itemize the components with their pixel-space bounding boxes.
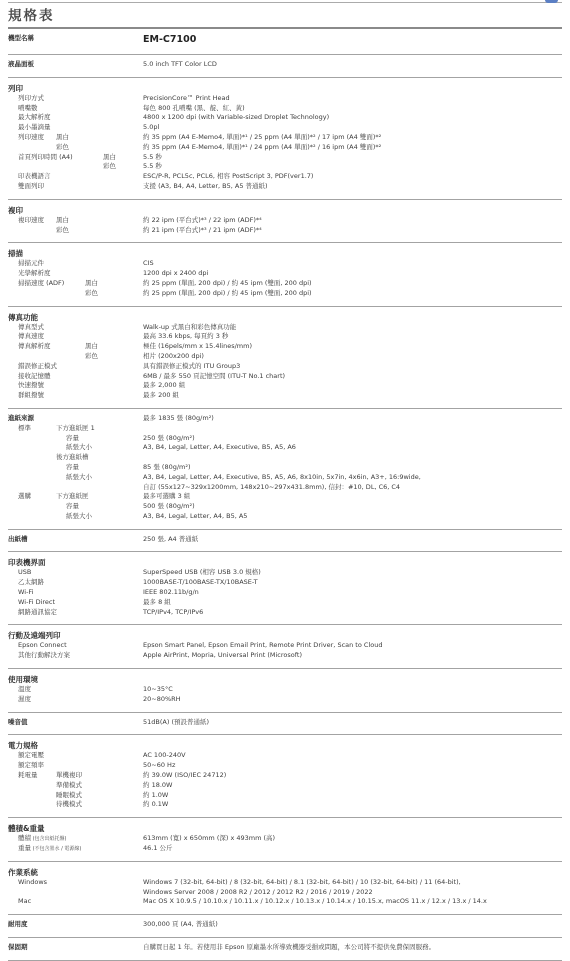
row-value-line2: Windows Server 2008 / 2008 R2 / 2012 / 2… (143, 888, 562, 898)
spec-row: 列印速度黑白約 35 ppm (A4 E-Memo4, 單面)*¹ / 25 p… (8, 133, 562, 143)
row-label: 出紙槽 (8, 535, 28, 545)
row-value: Walk-up 式黑白和彩色傳真功能 (143, 323, 562, 333)
row-sublabel: 黑白 (85, 279, 98, 289)
row-value: EM-C7100 (143, 34, 562, 46)
spec-row: 彩色約 21 ipm (平台式)*³ / 21 ipm (ADF)*⁴ (8, 226, 562, 236)
row-value: 1200 dpi x 2400 dpi (143, 269, 562, 279)
row-label: Mac (18, 897, 31, 907)
section-header-interface: 印表機界面 (8, 557, 562, 568)
row-value: 約 35 ppm (A4 E-Memo4, 單面)*¹ / 25 ppm (A4… (143, 133, 562, 143)
row-value: 250 張 (80g/m²) (143, 434, 562, 444)
row-label: 雙面列印 (18, 182, 44, 192)
row-value: 約 25 ppm (單面, 200 dpi) / 約 45 ipm (雙面, 2… (143, 279, 562, 289)
spec-row: 列印方式PrecisionCore™ Print Head (8, 94, 562, 104)
spec-row: 濕度20~80%RH (8, 695, 562, 705)
row-value: Apple AirPrint, Mopria, Universal Print … (143, 651, 562, 661)
row-sublabel: 下方進紙匣 (56, 492, 89, 502)
section-header-environment: 使用環境 (8, 674, 562, 685)
row-sublabel: 紙張大小 (66, 512, 92, 522)
spec-row: 傳真速度最高 33.6 kbps, 每頁約 3 秒 (8, 332, 562, 342)
row-label: 額定電壓 (18, 751, 44, 761)
spec-row: 耐用度300,000 頁 (A4, 普通紙) (8, 920, 562, 930)
row-label: Wi-Fi (18, 588, 34, 598)
spec-row: 睡眠模式約 1.0W (8, 791, 562, 801)
row-value: 約 39.0W (ISO/IEC 24712) (143, 771, 562, 781)
row-value: 最多 8 組 (143, 598, 562, 608)
row-label: 進紙來源 (8, 414, 34, 424)
spec-row: 複印速度黑白約 22 ipm (平台式)*³ / 22 ipm (ADF)*⁴ (8, 216, 562, 226)
row-value: 約 22 ipm (平台式)*³ / 22 ipm (ADF)*⁴ (143, 216, 562, 226)
row-value: 5.0pl (143, 123, 562, 133)
spec-row: 傳真解析度黑白極佳 (16pels/mm x 15.4lines/mm) (8, 342, 562, 352)
row-label: 快速撥號 (18, 381, 44, 391)
row-label: 耗電量 (18, 771, 38, 781)
section-fax: 傳真功能傳真型式Walk-up 式黑白和彩色傳真功能傳真速度最高 33.6 kb… (8, 307, 562, 409)
section-power: 電力規格額定電壓AC 100-240V額定頻率50~60 Hz耗電量單機複印約 … (8, 735, 562, 818)
spec-row: 快速撥號最多 2,000 組 (8, 381, 562, 391)
row-value: Mac OS X 10.9.5 / 10.10.x / 10.11.x / 10… (143, 897, 562, 907)
row-value: 具有錯誤修正模式的 ITU Group3 (143, 362, 562, 372)
row-value: 10~35°C (143, 685, 562, 695)
row-sublabel: 下方進紙匣 1 (56, 424, 95, 434)
spec-row: 重量 (不包含墨水 / 電源線)46.1 公斤 (8, 844, 562, 854)
row-value: 約 21 ipm (平台式)*³ / 21 ipm (ADF)*⁴ (143, 226, 562, 236)
section-header-fax: 傳真功能 (8, 312, 562, 323)
spec-row: Wi-FiIEEE 802.11b/g/n (8, 588, 562, 598)
row-label: 乙太網路 (18, 578, 44, 588)
row-label: 耐用度 (8, 920, 28, 930)
row-value: TCP/IPv4, TCP/IPv6 (143, 608, 562, 618)
row-label: 濕度 (18, 695, 31, 705)
spec-sheet-page: 規格表 機型名稱EM-C7100液晶面板5.0 inch TFT Color L… (0, 0, 570, 961)
spec-row: 紙張大小A3, B4, Legal, Letter, A4, B5, A5 (8, 512, 562, 522)
row-value: ESC/P-R, PCL5c, PCL6, 相容 PostScript 3, P… (143, 172, 562, 182)
row-sublabel: 後方進紙槽 (56, 453, 89, 463)
row-value: 50~60 Hz (143, 761, 562, 771)
row-value: CIS (143, 259, 562, 269)
section-header-power: 電力規格 (8, 740, 562, 751)
row-sublabel: 單機複印 (56, 771, 82, 781)
row-value: 約 1.0W (143, 791, 562, 801)
row-label: 網路通訊協定 (18, 608, 57, 618)
spec-row: 選購下方進紙匣最多可選購 3 組 (8, 492, 562, 502)
row-label: 重量 (不包含墨水 / 電源線) (18, 844, 81, 855)
spec-row: 噪音值51dB(A) (預設普通紙) (8, 718, 562, 728)
row-sublabel: 黑白 (103, 153, 116, 163)
section-mobile-remote-print: 行動及遠端列印Epson ConnectEpson Smart Panel, E… (8, 625, 562, 669)
row-label: 機型名稱 (8, 34, 34, 44)
spec-row: 容量250 張 (80g/m²) (8, 434, 562, 444)
row-value: 支援 (A3, B4, A4, Letter, B5, A5 普通紙) (143, 182, 562, 192)
row-sublabel: 容量 (66, 434, 79, 444)
section-header-copy: 複印 (8, 205, 562, 216)
spec-row: USBSuperSpeed USB (相容 USB 3.0 規格) (8, 568, 562, 578)
section-scan: 掃描掃描元件CIS光學解析度1200 dpi x 2400 dpi掃描速度 (A… (8, 243, 562, 306)
spec-row: 雙面列印支援 (A3, B4, A4, Letter, B5, A5 普通紙) (8, 182, 562, 192)
row-value: 每色 800 孔噴嘴 (黑、靛、紅、黃) (143, 104, 562, 114)
corner-accent (545, 0, 558, 3)
row-sublabel: 待機模式 (56, 800, 82, 810)
row-sublabel: 黑白 (56, 216, 69, 226)
spec-row: 容量500 張 (80g/m²) (8, 502, 562, 512)
section-header-mobile-remote-print: 行動及遠端列印 (8, 630, 562, 641)
row-label-note: (不包含墨水 / 電源線) (31, 846, 81, 852)
row-label: 複印速度 (18, 216, 44, 226)
spec-row: 額定電壓AC 100-240V (8, 751, 562, 761)
row-value: 約 25 ppm (單面, 200 dpi) / 約 45 ipm (雙面, 2… (143, 289, 562, 299)
row-value: 約 35 ppm (A4 E-Memo4, 單面)*¹ / 24 ppm (A4… (143, 143, 562, 153)
row-label: 噪音值 (8, 718, 28, 728)
section-print: 列印列印方式PrecisionCore™ Print Head噴嘴數每色 800… (8, 78, 562, 200)
row-value: 51dB(A) (預設普通紙) (143, 718, 562, 728)
row-value: Epson Smart Panel, Epson Email Print, Re… (143, 641, 562, 651)
spec-row: 印表機語言ESC/P-R, PCL5c, PCL6, 相容 PostScript… (8, 172, 562, 182)
row-value: 1000BASE-T/100BASE-TX/10BASE-T (143, 578, 562, 588)
row-sublabel: 彩色 (56, 143, 69, 153)
spec-row: 待機模式約 0.1W (8, 800, 562, 810)
row-value: 最高 33.6 kbps, 每頁約 3 秒 (143, 332, 562, 342)
row-label: 列印速度 (18, 133, 44, 143)
spec-row: 額定頻率50~60 Hz (8, 761, 562, 771)
spec-row: 紙張大小A3, B4, Legal, Letter, A4, Executive… (8, 473, 562, 493)
top-rule (8, 2, 562, 3)
row-value: 5.5 秒 (143, 153, 562, 163)
row-sublabel: 準備模式 (56, 781, 82, 791)
row-value: 約 18.0W (143, 781, 562, 791)
spec-row: 噴嘴數每色 800 孔噴嘴 (黑、靛、紅、黃) (8, 104, 562, 114)
spec-row: 掃描元件CIS (8, 259, 562, 269)
row-sublabel: 容量 (66, 502, 79, 512)
row-value: 46.1 公斤 (143, 844, 562, 854)
row-sublabel: 紙張大小 (66, 443, 92, 453)
row-value: 6MB / 最多 550 頁記憶空間 (ITU-T No.1 chart) (143, 372, 562, 382)
row-sublabel: 睡眠模式 (56, 791, 82, 801)
row-label: 溫度 (18, 685, 31, 695)
row-sublabel: 彩色 (103, 162, 116, 172)
spec-row: 彩色約 25 ppm (單面, 200 dpi) / 約 45 ipm (雙面,… (8, 289, 562, 299)
row-label: 噴嘴數 (18, 104, 38, 114)
spec-row: 耗電量單機複印約 39.0W (ISO/IEC 24712) (8, 771, 562, 781)
row-value-line2: 自訂 (55x127~329x1200mm, 148x210~297x431.8… (143, 483, 562, 493)
row-value: 約 0.1W (143, 800, 562, 810)
spec-row: Wi-Fi Direct最多 8 組 (8, 598, 562, 608)
spec-row: 最小墨滴量5.0pl (8, 123, 562, 133)
row-label: 液晶面板 (8, 60, 34, 70)
row-value: 20~80%RH (143, 695, 562, 705)
row-sublabel: 彩色 (56, 226, 69, 236)
row-value: 最多可選購 3 組 (143, 492, 562, 502)
row-value: 500 張 (80g/m²) (143, 502, 562, 512)
section-model: 機型名稱EM-C7100 (8, 29, 562, 55)
row-label: 印表機語言 (18, 172, 51, 182)
spec-row: 後方進紙槽 (8, 453, 562, 463)
row-sublabel: 黑白 (56, 133, 69, 143)
section-size-weight: 體積&重量體積 (包含出紙托盤)613mm (寬) x 650mm (深) x … (8, 818, 562, 862)
spec-row: 乙太網路1000BASE-T/100BASE-TX/10BASE-T (8, 578, 562, 588)
spec-row: 容量85 張 (80g/m²) (8, 463, 562, 473)
spec-row: 進紙來源最多 1835 張 (80g/m²) (8, 414, 562, 424)
spec-row: 標準下方進紙匣 1 (8, 424, 562, 434)
section-output-tray: 出紙槽250 張, A4 普通紙 (8, 530, 562, 553)
row-label: 光學解析度 (18, 269, 51, 279)
row-label: Epson Connect (18, 641, 67, 651)
section-paper-source: 進紙來源最多 1835 張 (80g/m²)標準下方進紙匣 1容量250 張 (… (8, 409, 562, 530)
row-value: 4800 x 1200 dpi (with Variable-sized Dro… (143, 113, 562, 123)
row-value: Windows 7 (32-bit, 64-bit) / 8 (32-bit, … (143, 878, 562, 888)
spec-row: 紙張大小A3, B4, Legal, Letter, A4, Executive… (8, 443, 562, 453)
row-value: 300,000 頁 (A4, 普通紙) (143, 920, 562, 930)
row-value: A3, B4, Legal, Letter, A4, Executive, B5… (143, 443, 562, 453)
spec-row: MacMac OS X 10.9.5 / 10.10.x / 10.11.x /… (8, 897, 562, 907)
row-value: SuperSpeed USB (相容 USB 3.0 規格) (143, 568, 562, 578)
row-label: 傳真解析度 (18, 342, 51, 352)
row-label: 列印方式 (18, 94, 44, 104)
row-value: 自購買日起 1 年。若使用非 Epson 原廠墨水所導致機器受損或問題，本公司將… (143, 943, 562, 953)
row-label: 傳真型式 (18, 323, 44, 333)
row-value: 最多 2,000 組 (143, 381, 562, 391)
spec-row: 機型名稱EM-C7100 (8, 34, 562, 47)
row-label: 最小墨滴量 (18, 123, 51, 133)
section-copy: 複印複印速度黑白約 22 ipm (平台式)*³ / 22 ipm (ADF)*… (8, 200, 562, 244)
row-label: 傳真速度 (18, 332, 44, 342)
row-label: 額定頻率 (18, 761, 44, 771)
row-value: 613mm (寬) x 650mm (深) x 493mm (高) (143, 834, 562, 844)
row-sublabel: 彩色 (85, 289, 98, 299)
spec-row: 網路通訊協定TCP/IPv4, TCP/IPv6 (8, 608, 562, 618)
spec-row: 準備模式約 18.0W (8, 781, 562, 791)
row-label: Windows (18, 878, 47, 888)
row-label: USB (18, 568, 31, 578)
row-label: 標準 (18, 424, 31, 434)
section-header-size-weight: 體積&重量 (8, 823, 562, 834)
row-sublabel: 彩色 (85, 352, 98, 362)
page-title: 規格表 (8, 9, 562, 24)
row-value: 最多 1835 張 (80g/m²) (143, 414, 562, 424)
spec-row: 群組撥號最多 200 組 (8, 391, 562, 401)
row-value: PrecisionCore™ Print Head (143, 94, 562, 104)
spec-row: 液晶面板5.0 inch TFT Color LCD (8, 60, 562, 70)
row-value: 250 張, A4 普通紙 (143, 535, 562, 545)
row-value: 85 張 (80g/m²) (143, 463, 562, 473)
spec-row: 彩色約 35 ppm (A4 E-Memo4, 單面)*¹ / 24 ppm (… (8, 143, 562, 153)
section-environment: 使用環境溫度10~35°C濕度20~80%RH (8, 669, 562, 713)
spec-row: 彩色5.5 秒 (8, 162, 562, 172)
section-header-os: 作業系統 (8, 867, 562, 878)
section-os: 作業系統WindowsWindows 7 (32-bit, 64-bit) / … (8, 862, 562, 915)
row-value: 極佳 (16pels/mm x 15.4lines/mm) (143, 342, 562, 352)
row-value: IEEE 802.11b/g/n (143, 588, 562, 598)
section-durability: 耐用度300,000 頁 (A4, 普通紙) (8, 915, 562, 938)
section-header-scan: 掃描 (8, 248, 562, 259)
row-value: 5.5 秒 (143, 162, 562, 172)
spec-row: 出紙槽250 張, A4 普通紙 (8, 535, 562, 545)
section-lcd: 液晶面板5.0 inch TFT Color LCD (8, 55, 562, 78)
row-value: A3, B4, Legal, Letter, A4, Executive, B5… (143, 473, 562, 483)
spec-row: 接收記憶體6MB / 最多 550 頁記憶空間 (ITU-T No.1 char… (8, 372, 562, 382)
row-label: 群組撥號 (18, 391, 44, 401)
row-label: 選購 (18, 492, 31, 502)
row-label: 錯誤修正模式 (18, 362, 57, 372)
row-sublabel: 容量 (66, 463, 79, 473)
row-sublabel: 紙張大小 (66, 473, 92, 483)
section-warranty: 保固期自購買日起 1 年。若使用非 Epson 原廠墨水所導致機器受損或問題，本… (8, 938, 562, 961)
row-value: AC 100-240V (143, 751, 562, 761)
spec-row: 其他行動解決方案Apple AirPrint, Mopria, Universa… (8, 651, 562, 661)
section-interface: 印表機界面USBSuperSpeed USB (相容 USB 3.0 規格)乙太… (8, 552, 562, 625)
row-label: 最大解析度 (18, 113, 51, 123)
spec-table: 機型名稱EM-C7100液晶面板5.0 inch TFT Color LCD列印… (8, 29, 562, 961)
row-label: Wi-Fi Direct (18, 598, 55, 608)
spec-row: 彩色相片 (200x200 dpi) (8, 352, 562, 362)
row-label-note: (包含出紙托盤) (31, 836, 67, 842)
row-value: 相片 (200x200 dpi) (143, 352, 562, 362)
row-sublabel: 黑白 (85, 342, 98, 352)
spec-row: 掃描速度 (ADF)黑白約 25 ppm (單面, 200 dpi) / 約 4… (8, 279, 562, 289)
row-label: 掃描元件 (18, 259, 44, 269)
spec-row: 光學解析度1200 dpi x 2400 dpi (8, 269, 562, 279)
section-noise: 噪音值51dB(A) (預設普通紙) (8, 713, 562, 736)
row-value: 最多 200 組 (143, 391, 562, 401)
spec-row: 保固期自購買日起 1 年。若使用非 Epson 原廠墨水所導致機器受損或問題，本… (8, 943, 562, 953)
row-label: 掃描速度 (ADF) (18, 279, 64, 289)
spec-row: 錯誤修正模式具有錯誤修正模式的 ITU Group3 (8, 362, 562, 372)
row-label: 保固期 (8, 943, 28, 953)
spec-row: 最大解析度4800 x 1200 dpi (with Variable-size… (8, 113, 562, 123)
row-label: 首頁列印時間 (A4) (18, 153, 73, 163)
spec-row: Epson ConnectEpson Smart Panel, Epson Em… (8, 641, 562, 651)
row-label: 接收記憶體 (18, 372, 51, 382)
spec-row: 體積 (包含出紙托盤)613mm (寬) x 650mm (深) x 493mm… (8, 834, 562, 844)
row-label: 其他行動解決方案 (18, 651, 70, 661)
row-value: 5.0 inch TFT Color LCD (143, 60, 562, 70)
row-value: A3, B4, Legal, Letter, A4, B5, A5 (143, 512, 562, 522)
section-header-print: 列印 (8, 83, 562, 94)
spec-row: WindowsWindows 7 (32-bit, 64-bit) / 8 (3… (8, 878, 562, 898)
spec-row: 傳真型式Walk-up 式黑白和彩色傳真功能 (8, 323, 562, 333)
spec-row: 溫度10~35°C (8, 685, 562, 695)
spec-row: 首頁列印時間 (A4)黑白5.5 秒 (8, 153, 562, 163)
